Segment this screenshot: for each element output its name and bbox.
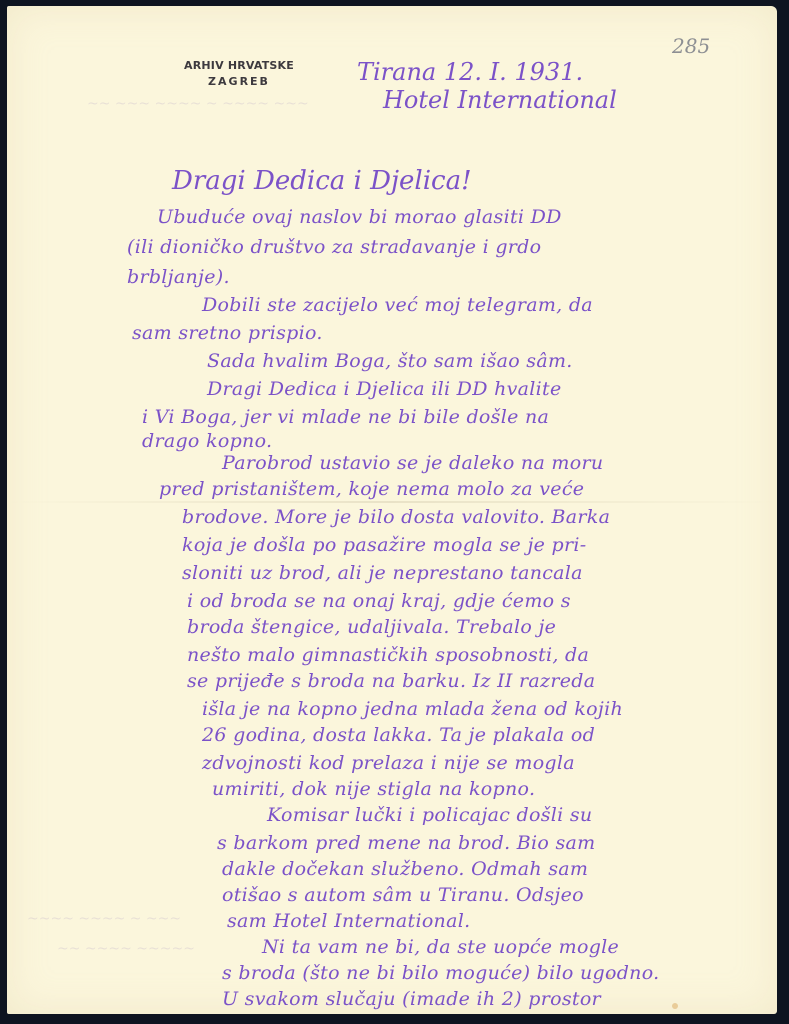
letter-line: brodove. More je bilo dosta valovito. Ba… (182, 506, 610, 528)
letter-line: Parobrod ustavio se je daleko na moru (222, 452, 603, 474)
folio-number: 285 (672, 34, 710, 58)
letter-salutation: Dragi Dedica i Djelica! (172, 166, 472, 196)
archive-stamp-line2: ZAGREB (179, 74, 299, 90)
letter-line: Ni ta vam ne bi, da ste uopće mogle (262, 936, 619, 958)
document-scan: ~~ ~~~ ~~~~ ~ ~~~~ ~~~ ~~~~ ~~~~ ~ ~~~ ~… (0, 0, 789, 1024)
letter-line: Komisar lučki i policajac došli su (267, 804, 592, 826)
letter-line: zdvojnosti kod prelaza i nije se mogla (202, 752, 575, 774)
letter-line: broda štengice, udaljivala. Trebalo je (187, 616, 556, 638)
letter-line: brbljanje). (127, 266, 230, 288)
paper-stain (672, 1003, 678, 1009)
letter-line: Dobili ste zacijelo već moj telegram, da (202, 294, 593, 316)
archive-stamp: ARHIV HRVATSKE ZAGREB (179, 58, 299, 90)
bleed-through-text: ~~ ~~~~ ~~~~~ (57, 941, 195, 957)
bleed-through-text: ~~~~ ~~~~ ~ ~~~ (27, 911, 181, 927)
letter-line: sloniti uz brod, ali je neprestano tanca… (182, 562, 583, 584)
letter-line: U svakom slučaju (imade ih 2) prostor (222, 988, 601, 1010)
letter-line: dakle dočekan službeno. Odmah sam (222, 858, 588, 880)
letter-line: sam sretno prispio. (132, 322, 323, 344)
letter-line: otišao s autom sâm u Tiranu. Odsjeo (222, 884, 584, 906)
letter-location: Hotel International (383, 86, 617, 114)
letter-line: sam Hotel International. (227, 910, 470, 932)
letter-line: s broda (što ne bi bilo moguće) bilo ugo… (222, 962, 659, 984)
letter-line: išla je na kopno jedna mlada žena od koj… (202, 698, 623, 720)
letter-place-date: Tirana 12. I. 1931. (357, 58, 583, 86)
letter-line: s barkom pred mene na brod. Bio sam (217, 832, 596, 854)
letter-line: drago kopno. (142, 430, 272, 452)
letter-line: nešto malo gimnastičkih sposobnosti, da (187, 644, 589, 666)
letter-line: Sada hvalim Boga, što sam išao sâm. (207, 350, 573, 372)
letter-line: i od broda se na onaj kraj, gdje ćemo s (187, 590, 571, 612)
letter-line: 26 godina, dosta lakka. Ta je plakala od (202, 724, 595, 746)
letter-line: se prijeđe s broda na barku. Iz II razre… (187, 670, 595, 692)
letter-line: (ili dioničko društvo za stradavanje i g… (127, 236, 541, 258)
letter-line: Dragi Dedica i Djelica ili DD hvalite (207, 378, 562, 400)
letter-line: koja je došla po pasažire mogla se je pr… (182, 534, 586, 556)
letter-line: pred pristaništem, koje nema molo za već… (159, 478, 584, 500)
letter-line: i Vi Boga, jer vi mlade ne bi bile došle… (142, 406, 549, 428)
bleed-through-text: ~~ ~~~ ~~~~ ~ ~~~~ ~~~ (87, 96, 309, 112)
paper-fold-line (7, 501, 777, 503)
letter-line: umiriti, dok nije stigla na kopno. (212, 778, 535, 800)
archive-stamp-line1: ARHIV HRVATSKE (179, 58, 299, 74)
letter-page: ~~ ~~~ ~~~~ ~ ~~~~ ~~~ ~~~~ ~~~~ ~ ~~~ ~… (7, 6, 777, 1014)
letter-line: Ubuduće ovaj naslov bi morao glasiti DD (157, 206, 562, 228)
